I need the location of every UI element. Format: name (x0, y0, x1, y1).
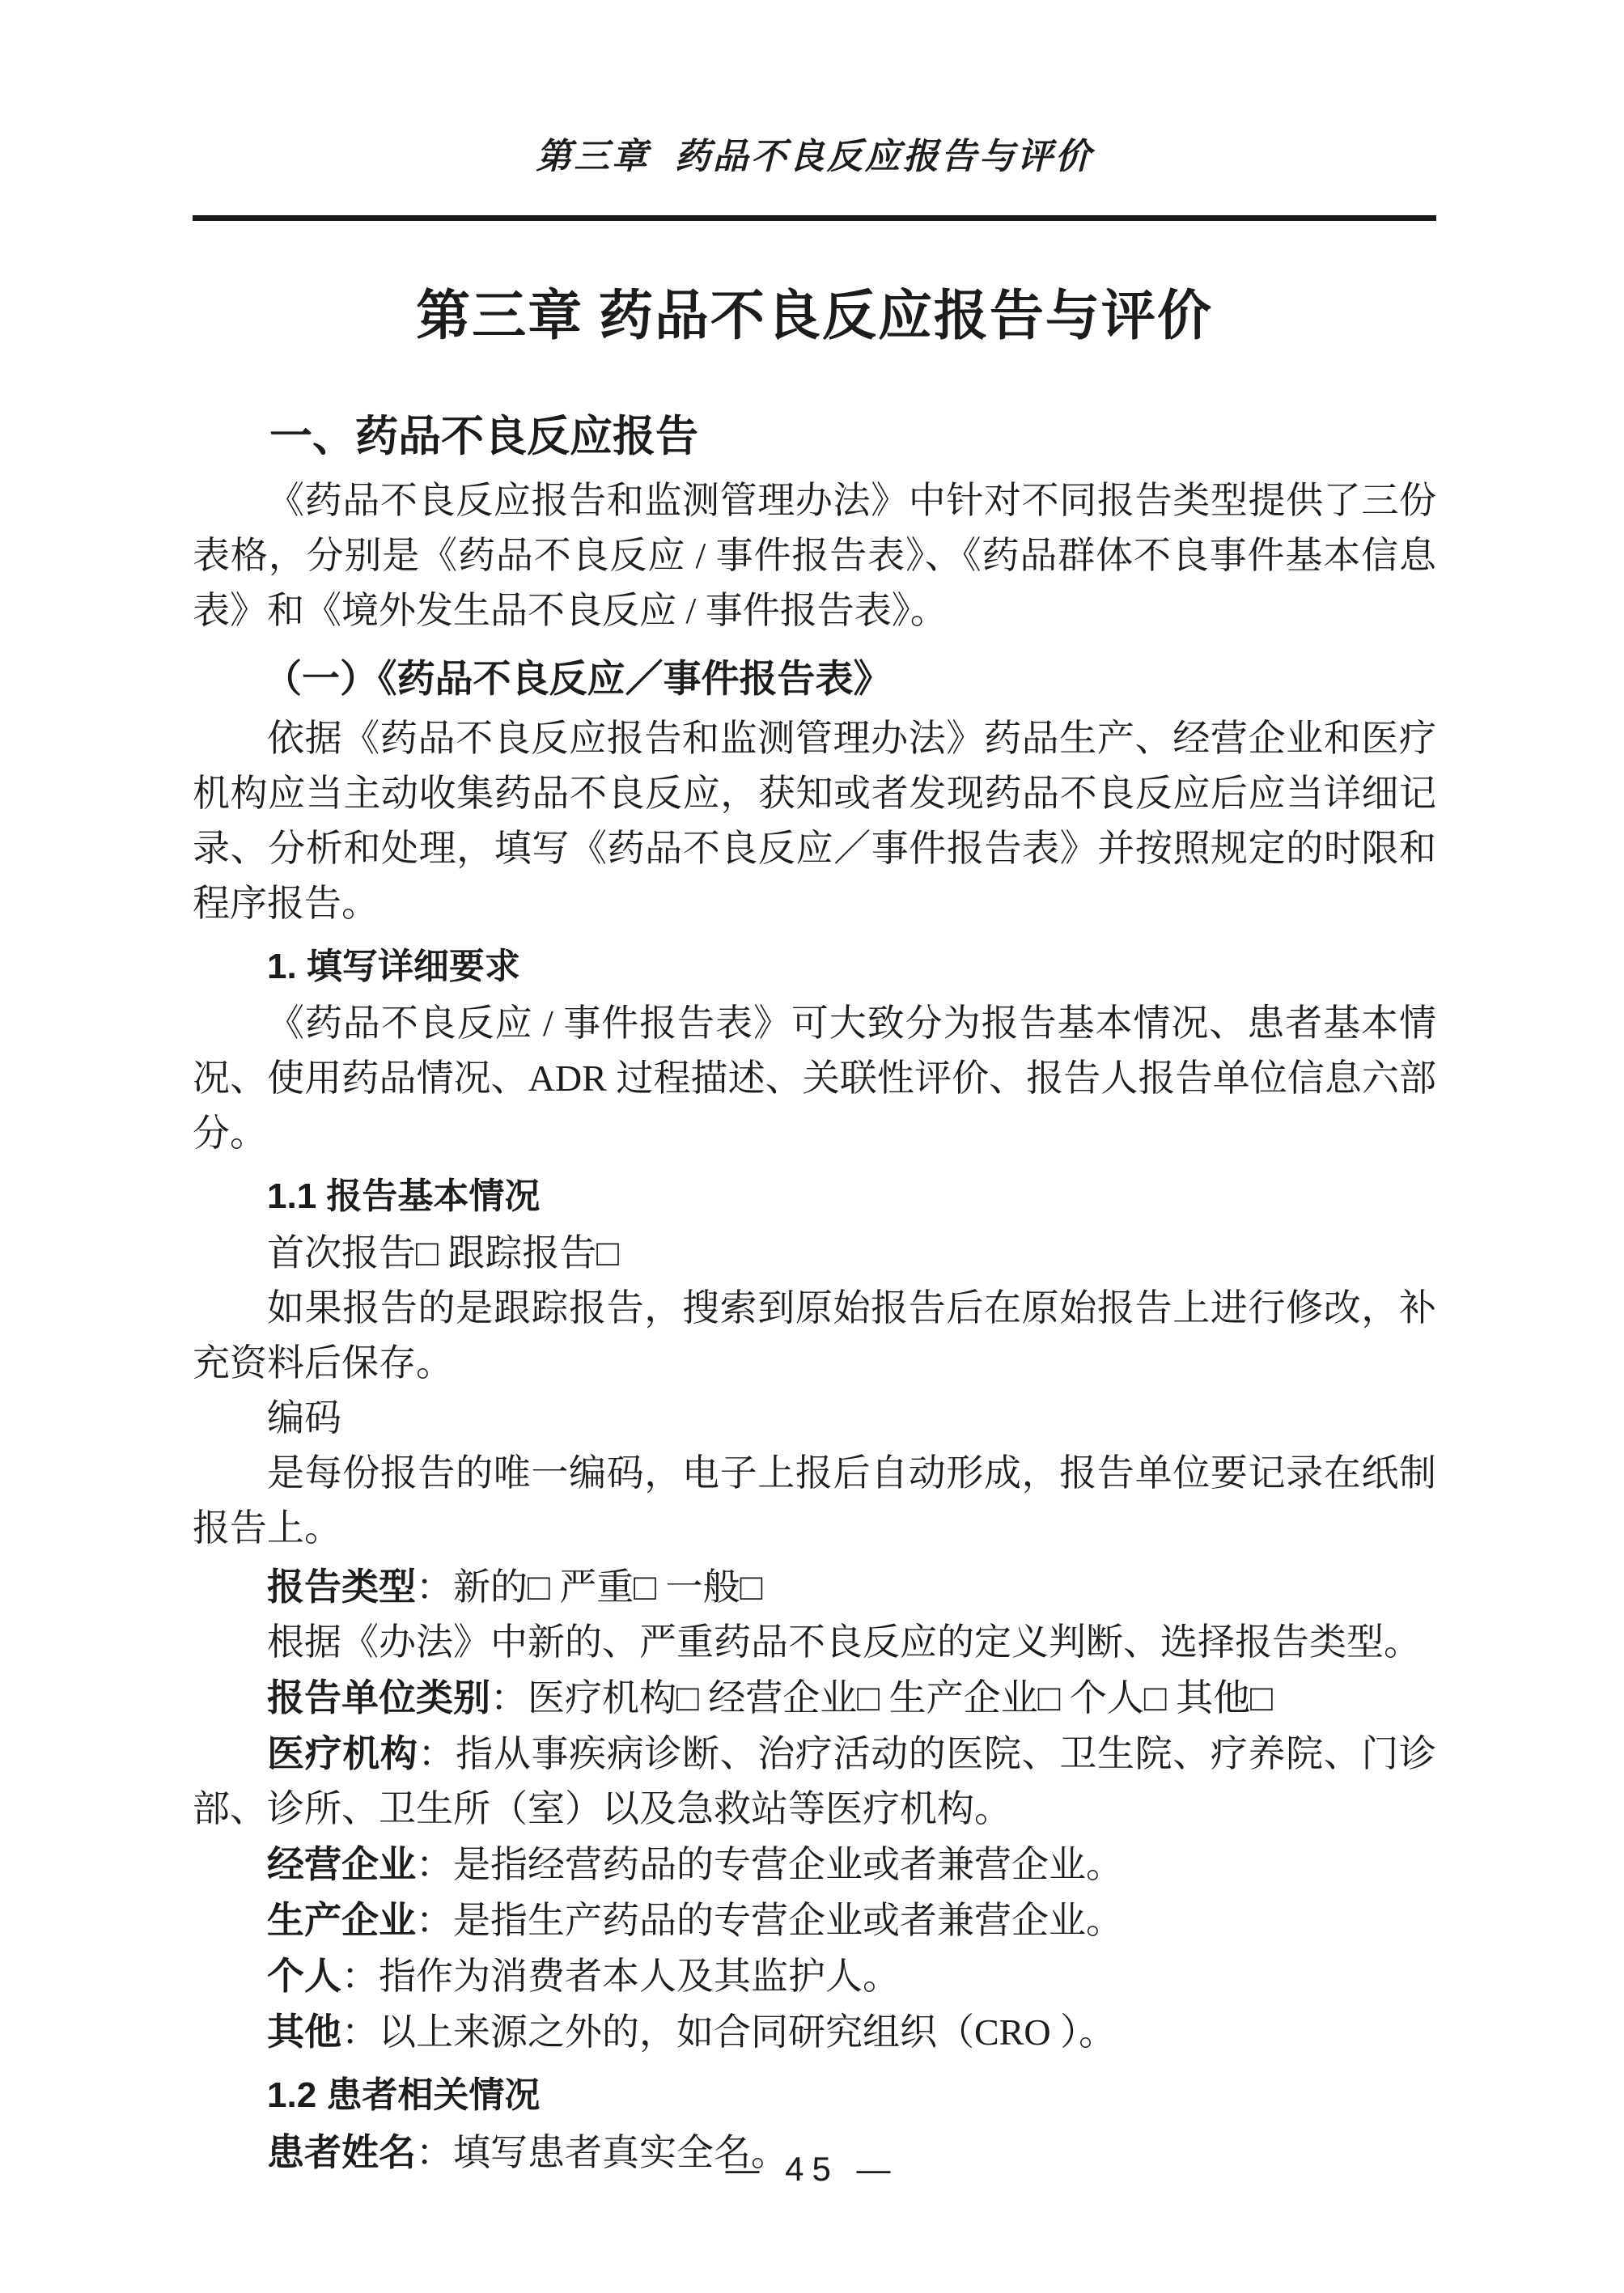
line-report-unit-type: 报告单位类别：医疗机构□ 经营企业□ 生产企业□ 个人□ 其他□ (193, 1670, 1436, 1726)
line-report-type: 报告类型：新的□ 严重□ 一般□ (193, 1559, 1436, 1615)
report-type-options: ：新的□ 严重□ 一般□ (416, 1566, 762, 1608)
line-individual: 个人：指作为消费者本人及其监护人。 (193, 1948, 1436, 2004)
paragraph-per-measures-definition: 根据《办法》中新的、严重药品不良反应的定义判断、选择报告类型。 (193, 1615, 1436, 1670)
document-page: 第三章 药品不良反应报告与评价 第三章 药品不良反应报告与评价 一、药品不良反应… (0, 0, 1624, 2293)
heading-fill-requirements: 1. 填写详细要求 (193, 938, 1436, 996)
paragraph-basis-collection: 依据《药品不良反应报告和监测管理办法》药品生产、经营企业和医疗机构应当主动收集药… (193, 711, 1436, 931)
line-other: 其他：以上来源之外的，如合同研究组织（CRO ）。 (193, 2004, 1436, 2060)
operating-company-label: 经营企业 (267, 1843, 416, 1885)
header-rule (193, 215, 1436, 221)
paragraph-intro-three-forms: 《药品不良反应报告和监测管理办法》中针对不同报告类型提供了三份表格，分别是《药品… (193, 473, 1436, 638)
heading-patient-related-info: 1.2 患者相关情况 (193, 2066, 1436, 2125)
medical-org-label: 医疗机构 (267, 1732, 418, 1774)
paragraph-code-description: 是每份报告的唯一编码，电子上报后自动形成，报告单位要记录在纸制报告上。 (193, 1446, 1436, 1556)
line-first-and-follow-up-checkboxes: 首次报告□ 跟踪报告□ (193, 1226, 1436, 1281)
other-definition: ：以上来源之外的，如合同研究组织（CRO ）。 (341, 2011, 1116, 2053)
report-unit-type-options: ：医疗机构□ 经营企业□ 生产企业□ 个人□ 其他□ (490, 1677, 1273, 1719)
heading-report-basic-info: 1.1 报告基本情况 (193, 1168, 1436, 1226)
individual-label: 个人 (267, 1955, 341, 1997)
section-heading-adr-report: 一、药品不良反应报告 (193, 404, 1436, 470)
page-number: — 45 — (0, 2149, 1624, 2189)
individual-definition: ：指作为消费者本人及其监护人。 (341, 1956, 900, 1997)
paragraph-six-parts: 《药品不良反应 / 事件报告表》可大致分为报告基本情况、患者基本情况、使用药品情… (193, 996, 1436, 1161)
line-manufacturing-company: 生产企业：是指生产药品的专营企业或者兼营企业。 (193, 1892, 1436, 1948)
report-unit-type-label: 报告单位类别 (267, 1676, 490, 1719)
manufacturing-company-label: 生产企业 (267, 1899, 416, 1941)
report-type-label: 报告类型 (267, 1566, 416, 1608)
paragraph-medical-org: 医疗机构：指从事疾病诊断、治疗活动的医院、卫生院、疗养院、门诊部、诊所、卫生所（… (193, 1726, 1436, 1837)
other-label: 其他 (267, 2011, 341, 2053)
running-header: 第三章 药品不良反应报告与评价 (193, 136, 1436, 178)
line-code-term: 编码 (193, 1391, 1436, 1446)
chapter-title: 第三章 药品不良反应报告与评价 (193, 279, 1436, 354)
paragraph-follow-up-report: 如果报告的是跟踪报告，搜索到原始报告后在原始报告上进行修改，补充资料后保存。 (193, 1281, 1436, 1391)
subsection-heading-adr-event-form: （一）《药品不良反应／事件报告表》 (193, 648, 1436, 710)
manufacturing-company-definition: ：是指生产药品的专营企业或者兼营企业。 (416, 1900, 1123, 1941)
operating-company-definition: ：是指经营药品的专营企业或者兼营企业。 (416, 1844, 1123, 1885)
line-operating-company: 经营企业：是指经营药品的专营企业或者兼营企业。 (193, 1837, 1436, 1892)
